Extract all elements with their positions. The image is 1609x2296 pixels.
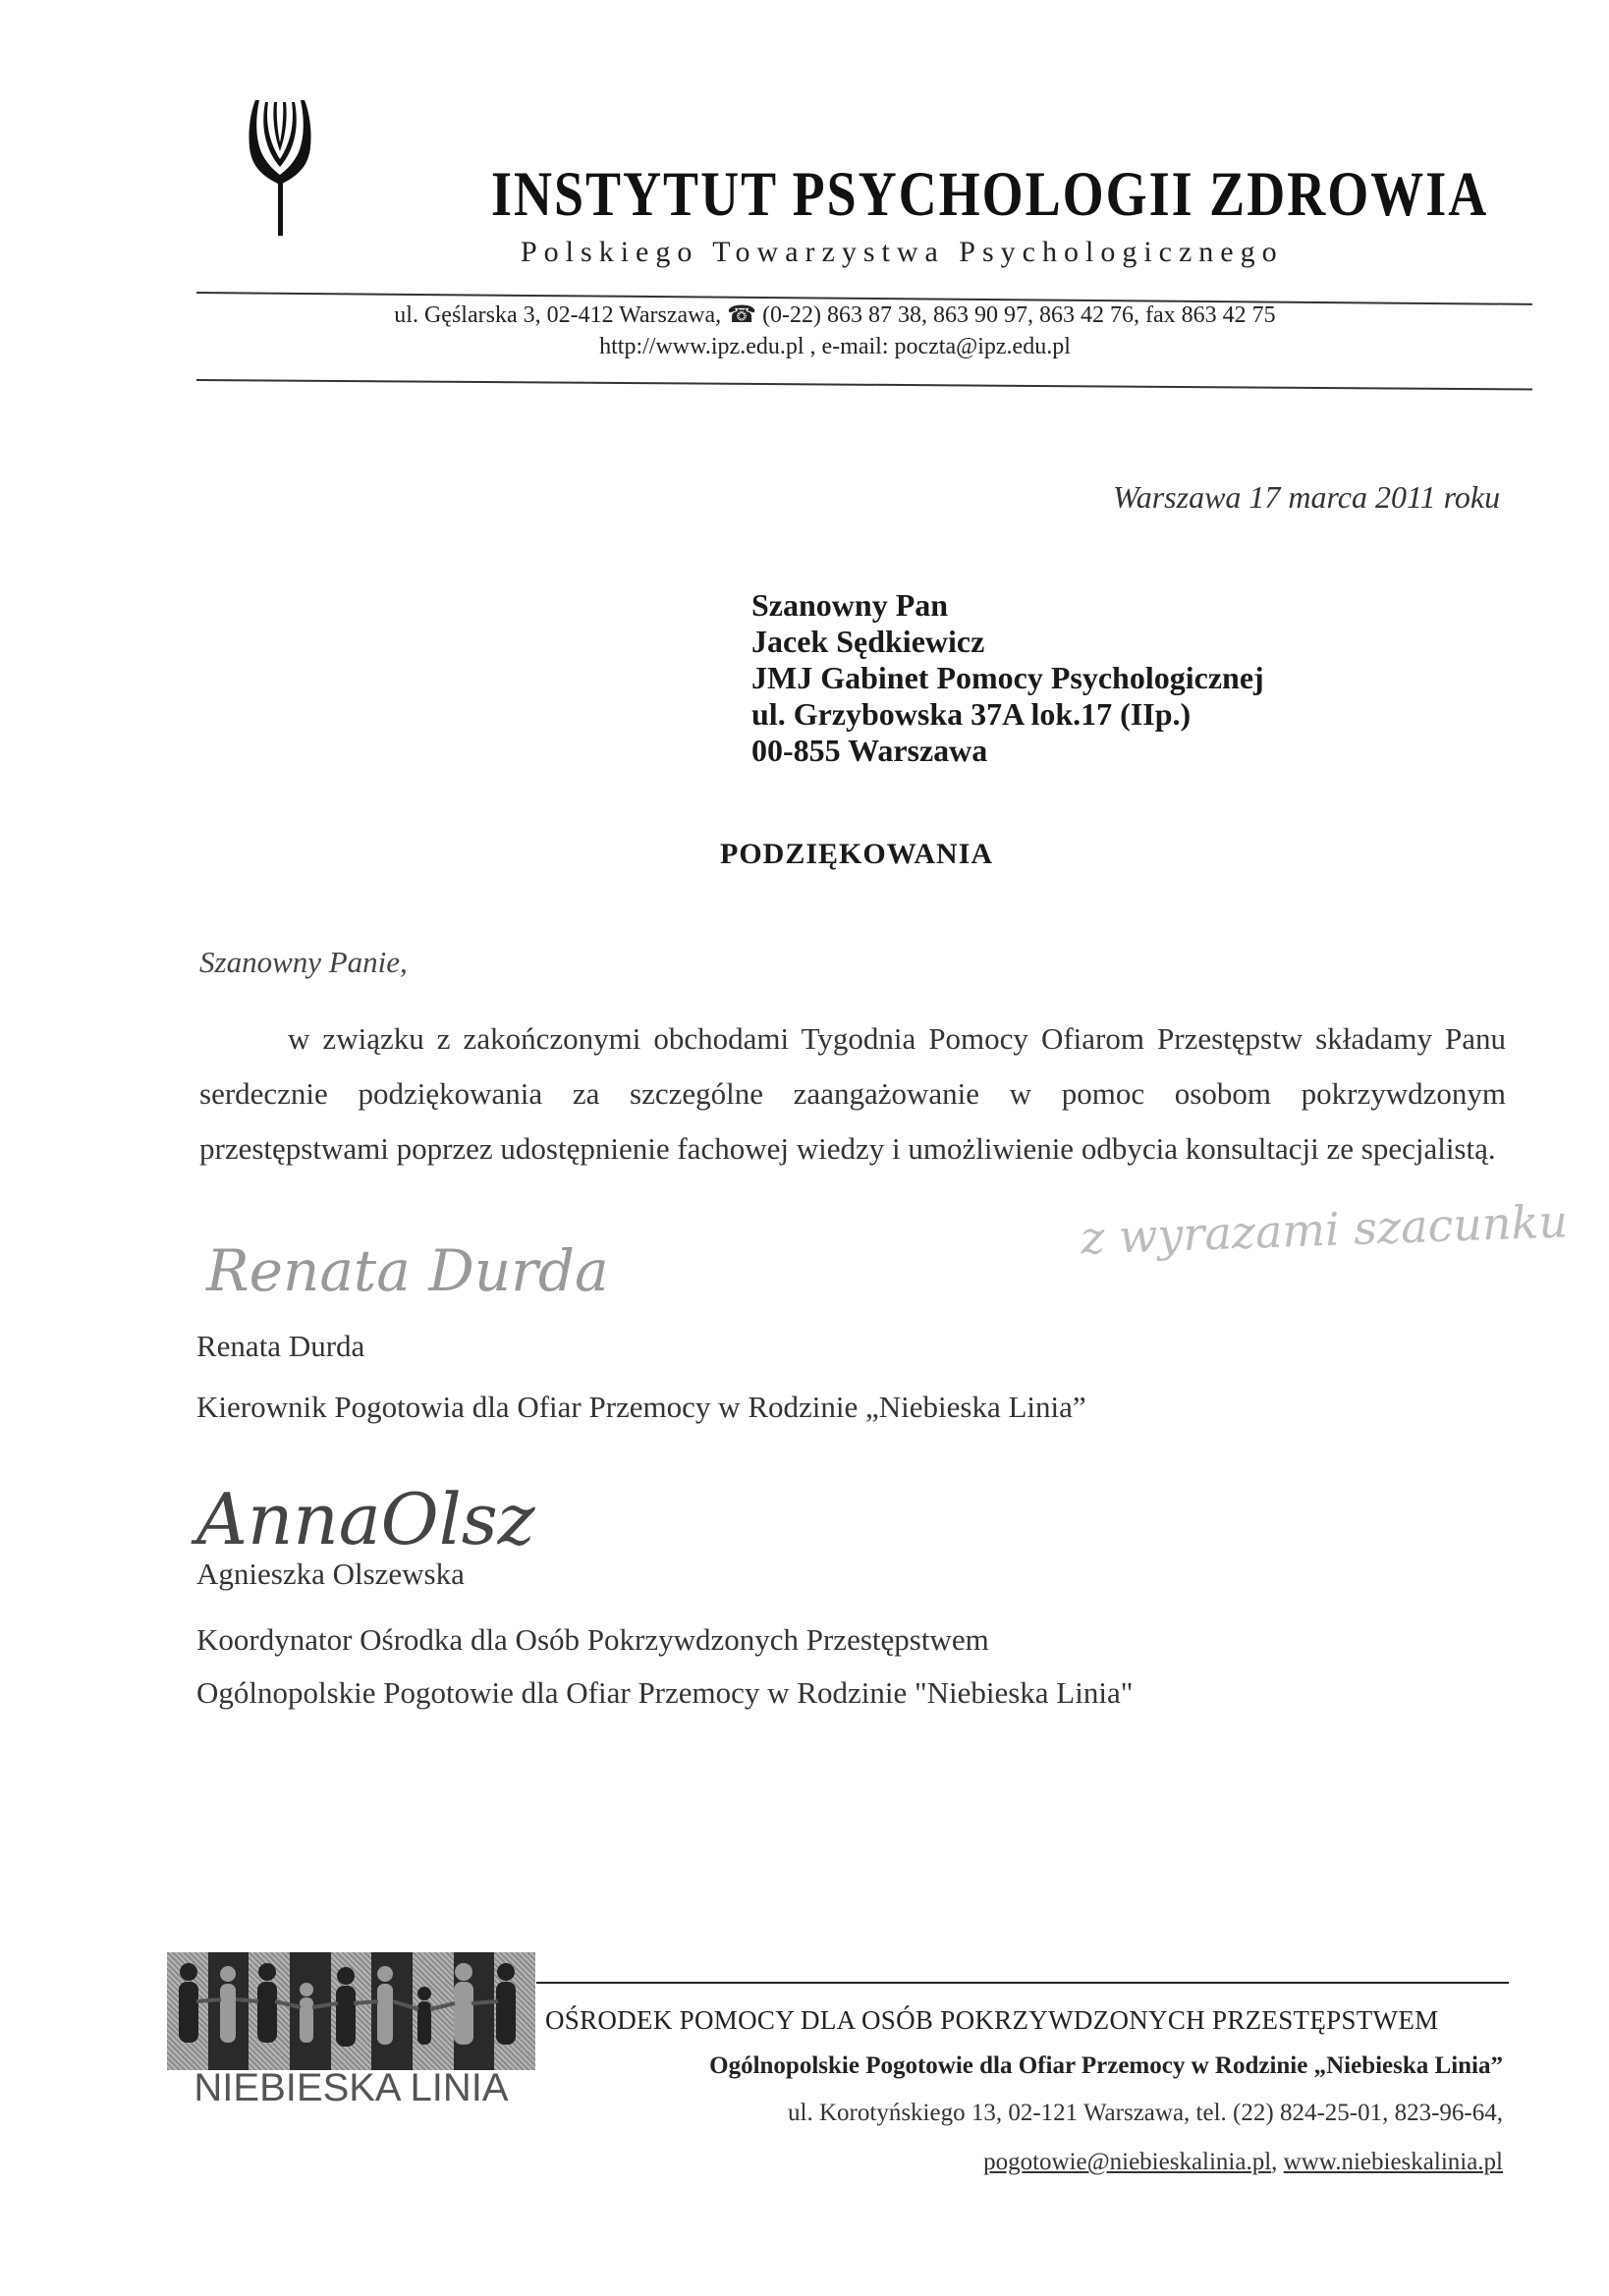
institute-web-line: http://www.ipz.edu.pl , e-mail: poczta@i… <box>246 334 1424 360</box>
footer-links: pogotowie@niebieskalinia.pl, www.niebies… <box>580 2149 1503 2176</box>
signature-renata-durda: Renata Durda <box>206 1237 609 1304</box>
institute-contact-line: ul. Gęślarska 3, 02-412 Warszawa, ☎ (0-2… <box>246 301 1424 329</box>
institute-website-link[interactable]: http://www.ipz.edu.pl <box>599 334 804 359</box>
letter-title: PODZIĘKOWANIA <box>720 838 993 871</box>
letter-body: w związku z zakończonymi obchodami Tygod… <box>199 1011 1506 1176</box>
handwritten-note: z wyrazami szacunku <box>1080 1194 1569 1264</box>
addressee-line: JMJ Gabinet Pomocy Psychologicznej <box>751 660 1264 696</box>
signatory-organization: Ogólnopolskie Pogotowie dla Ofiar Przemo… <box>196 1675 1133 1711</box>
institute-phones: (0-22) 863 87 38, 863 90 97, 863 42 76, … <box>762 302 1276 328</box>
signatory-role: Koordynator Ośrodka dla Osób Pokrzywdzon… <box>196 1622 989 1658</box>
institute-address: ul. Gęślarska 3, 02-412 Warszawa, <box>394 302 721 328</box>
niebieska-linia-logo: NIEBIESKA LINIA <box>167 1952 535 2109</box>
footer-org-name: OŚRODEK POMOCY DLA OSÓB POKRZYWDZONYCH P… <box>545 2005 1438 2036</box>
email-label: , e-mail: <box>810 334 889 359</box>
footer-website-link[interactable]: www.niebieskalinia.pl <box>1284 2149 1503 2175</box>
signatory-name: Renata Durda <box>196 1329 364 1364</box>
letter-date: Warszawa 17 marca 2011 roku <box>1113 479 1500 516</box>
header-divider-bottom <box>196 379 1532 390</box>
addressee-line: ul. Grzybowska 37A lok.17 (IIp.) <box>751 696 1264 733</box>
footer-divider <box>536 1982 1509 1984</box>
addressee-line: Jacek Sędkiewicz <box>751 624 1264 660</box>
institute-subtitle: Polskiego Towarzystwa Psychologicznego <box>521 236 1284 269</box>
footer-email-link[interactable]: pogotowie@niebieskalinia.pl <box>983 2149 1271 2175</box>
salutation: Szanowny Panie, <box>199 945 408 980</box>
addressee-line: Szanowny Pan <box>751 587 1264 624</box>
addressee-line: 00-855 Warszawa <box>751 733 1264 769</box>
signatory-role: Kierownik Pogotowia dla Ofiar Przemocy w… <box>196 1390 1086 1425</box>
footer-address: ul. Korotyńskiego 13, 02-121 Warszawa, t… <box>580 2100 1503 2127</box>
institute-name: INSTYTUT PSYCHOLOGII ZDROWIA <box>491 157 1488 230</box>
institute-email-link[interactable]: poczta@ipz.edu.pl <box>895 334 1071 359</box>
link-separator: , <box>1271 2149 1284 2175</box>
logo-text: NIEBIESKA LINIA <box>167 2066 535 2110</box>
addressee-block: Szanowny Pan Jacek Sędkiewicz JMJ Gabine… <box>751 587 1264 769</box>
phone-icon: ☎ <box>727 302 756 328</box>
signature-agnieszka-olszewska: AnnaOlsz <box>196 1478 535 1560</box>
footer-org-subtitle: Ogólnopolskie Pogotowie dla Ofiar Przemo… <box>580 2052 1503 2080</box>
tree-logo-icon <box>244 98 317 236</box>
people-holding-hands-icon <box>167 1952 535 2070</box>
signatory-name: Agnieszka Olszewska <box>196 1557 465 1592</box>
